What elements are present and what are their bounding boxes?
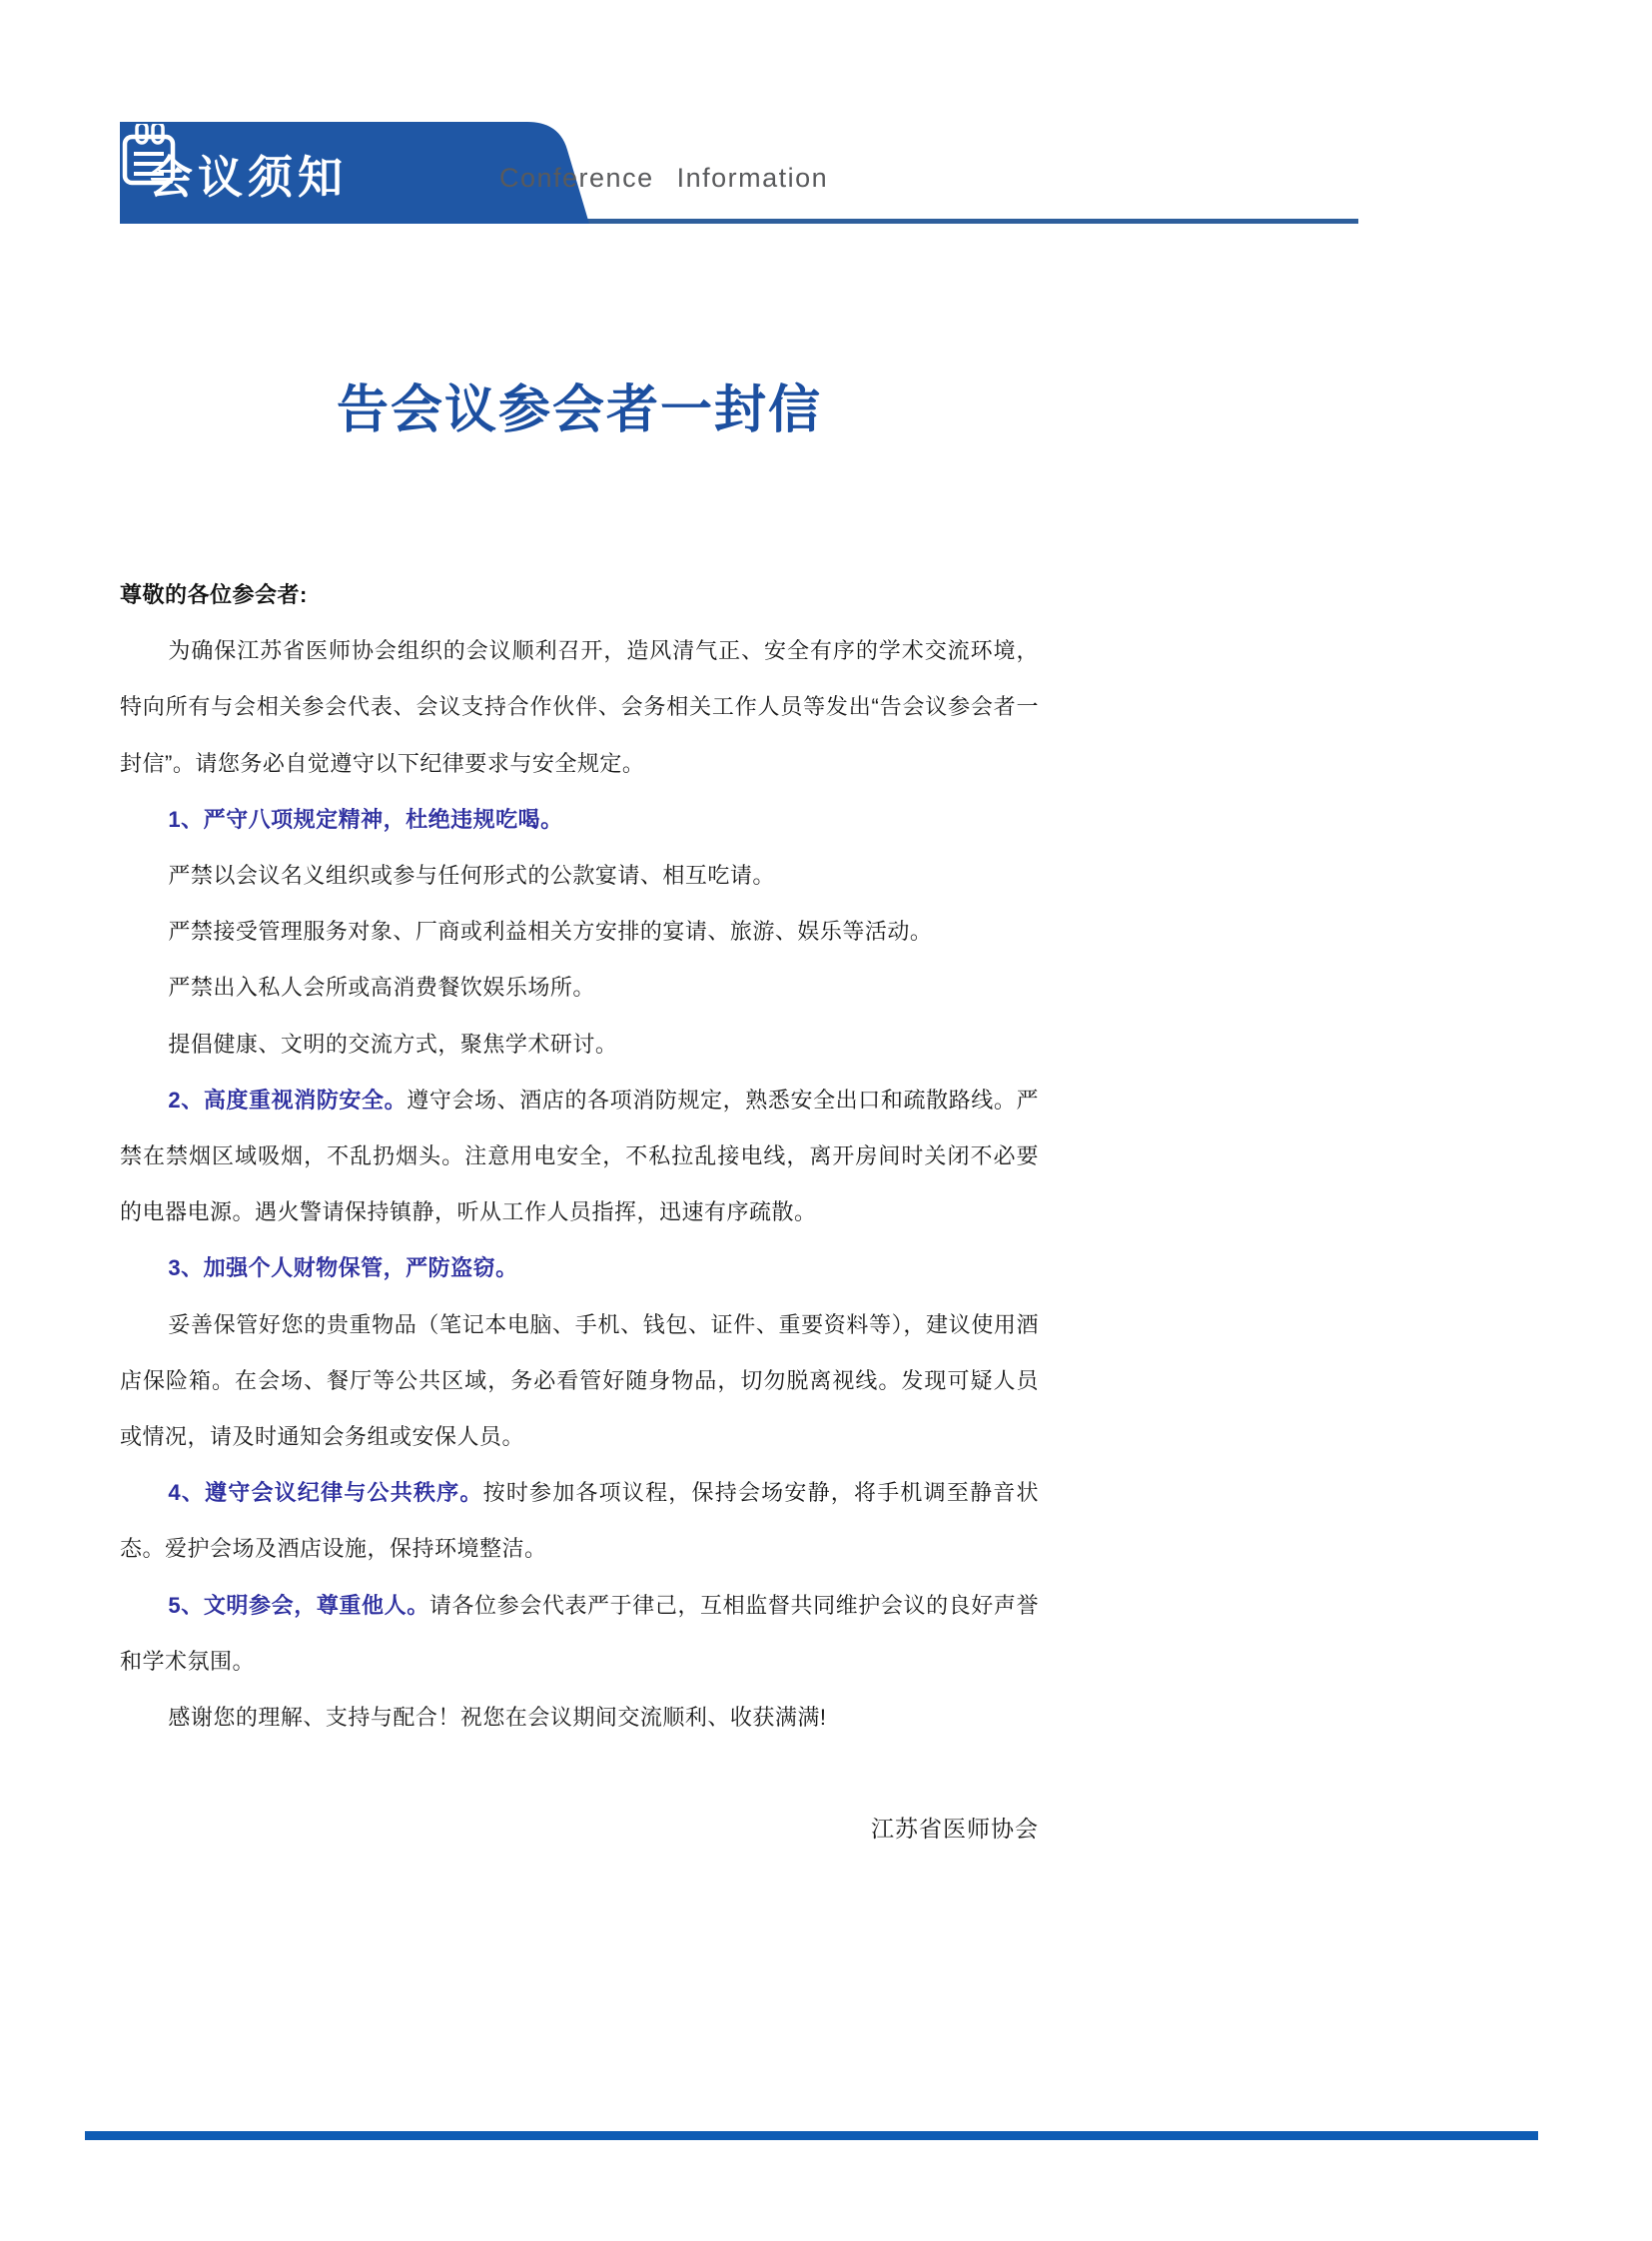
paragraph: 为确保江苏省医师协会组织的会议顺利召开，造风清气正、安全有序的学术交流环境，特向… [120, 623, 1039, 792]
banner-title: 会议须知 [148, 141, 348, 206]
bottom-rule [85, 2131, 1538, 2140]
paragraph: 2、高度重视消防安全。遵守会场、酒店的各项消防规定，熟悉安全出口和疏散路线。严禁… [120, 1073, 1039, 1241]
paragraph: 3、加强个人财物保管，严防盗窃。 [120, 1240, 1039, 1296]
salutation: 尊敬的各位参会者: [120, 567, 1039, 623]
letter-title: 告会议参会者一封信 [120, 379, 1039, 441]
paragraph: 5、文明参会，尊重他人。请各位参会代表严于律己，互相监督共同维护会议的良好声誉和… [120, 1578, 1039, 1690]
document-page: 会议须知 Conference Information 告会议参会者一封信 尊敬… [0, 0, 1652, 2241]
paragraph-text-segment: 妥善保管好您的贵重物品（笔记本电脑、手机、钱包、证件、重要资料等），建议使用酒店… [120, 1312, 1039, 1449]
letter-body: 尊敬的各位参会者: 为确保江苏省医师协会组织的会议顺利召开，造风清气正、安全有序… [120, 567, 1039, 1746]
paragraph-text-segment: 严禁出入私人会所或高消费餐饮娱乐场所。 [168, 975, 595, 1000]
paragraph: 严禁以会议名义组织或参与任何形式的公款宴请、相互吃请。 [120, 848, 1039, 904]
paragraph-heading-segment: 2、高度重视消防安全。 [168, 1088, 407, 1113]
paragraph: 提倡健康、文明的交流方式，聚焦学术研讨。 [120, 1017, 1039, 1073]
paragraph-text-segment: 严禁以会议名义组织或参与任何形式的公款宴请、相互吃请。 [168, 863, 775, 888]
paragraph: 严禁接受管理服务对象、厂商或利益相关方安排的宴请、旅游、娱乐等活动。 [120, 904, 1039, 960]
paragraph: 严禁出入私人会所或高消费餐饮娱乐场所。 [120, 960, 1039, 1016]
paragraph-text-segment: 感谢您的理解、支持与配合！祝您在会议期间交流顺利、收获满满! [168, 1705, 826, 1730]
paragraph-text-segment: 严禁接受管理服务对象、厂商或利益相关方安排的宴请、旅游、娱乐等活动。 [168, 919, 932, 944]
paragraph-text-segment: 提倡健康、文明的交流方式，聚焦学术研讨。 [168, 1032, 617, 1057]
notepad-icon [120, 124, 178, 188]
header-subtitle: Conference Information [499, 163, 828, 194]
paragraph-heading-segment: 5、文明参会，尊重他人。 [168, 1593, 428, 1618]
signature: 江苏省医师协会 [120, 1801, 1039, 1857]
paragraph: 感谢您的理解、支持与配合！祝您在会议期间交流顺利、收获满满! [120, 1690, 1039, 1746]
paragraph-heading-segment: 1、严守八项规定精神，杜绝违规吃喝。 [168, 807, 562, 832]
paragraph: 1、严守八项规定精神，杜绝违规吃喝。 [120, 792, 1039, 848]
paragraph: 妥善保管好您的贵重物品（笔记本电脑、手机、钱包、证件、重要资料等），建议使用酒店… [120, 1297, 1039, 1466]
paragraph-heading-segment: 4、遵守会议纪律与公共秩序。 [168, 1480, 482, 1505]
paragraph-text-segment: 为确保江苏省医师协会组织的会议顺利召开，造风清气正、安全有序的学术交流环境，特向… [120, 638, 1039, 775]
paragraph: 4、遵守会议纪律与公共秩序。按时参加各项议程，保持会场安静，将手机调至静音状态。… [120, 1465, 1039, 1577]
paragraph-heading-segment: 3、加强个人财物保管，严防盗窃。 [168, 1255, 517, 1280]
